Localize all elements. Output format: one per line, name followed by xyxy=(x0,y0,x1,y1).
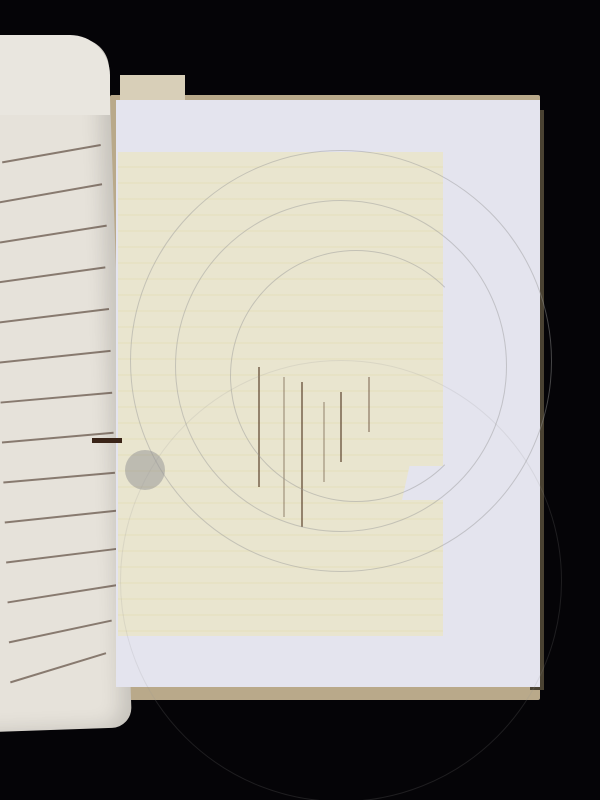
handwriting-line xyxy=(0,225,107,244)
handwriting-line xyxy=(10,652,106,683)
handwriting-line xyxy=(0,266,105,283)
handwriting-line xyxy=(9,620,112,644)
handwriting-line xyxy=(3,472,115,484)
handwriting-line xyxy=(5,510,117,524)
handwriting-line xyxy=(0,392,112,404)
ink-blot xyxy=(92,438,122,443)
handwriting-line xyxy=(6,548,117,564)
left-page-curl xyxy=(0,35,110,115)
handwriting-line xyxy=(0,350,111,364)
watermark-ring-lower xyxy=(120,360,562,800)
handwriting-line xyxy=(2,144,101,163)
handwriting-line xyxy=(0,308,109,324)
handwriting-line xyxy=(0,183,102,203)
handwriting-line xyxy=(7,584,116,603)
